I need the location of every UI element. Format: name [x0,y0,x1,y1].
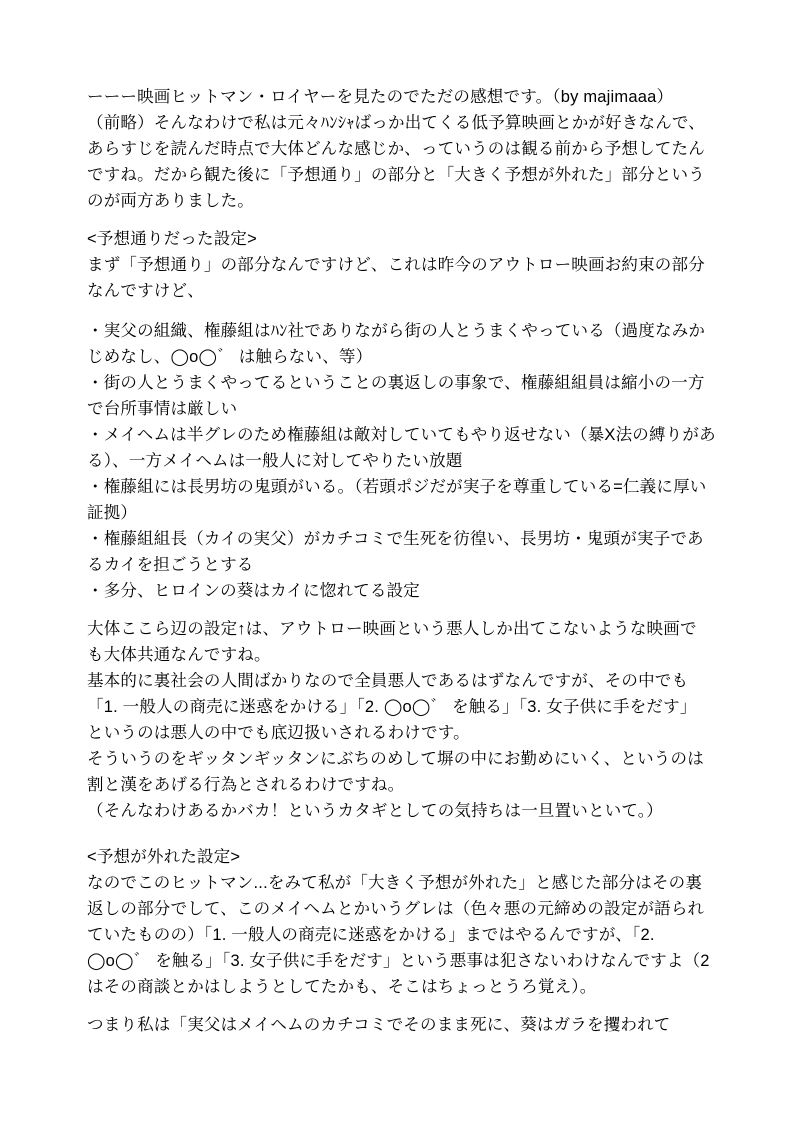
section-expected-header: <予想通りだった設定> [87,226,747,252]
intro-paragraph: ーーー映画ヒットマン・ロイヤーを見たのでただの感想です。（by majimaaa… [87,84,747,214]
section-surprise-body: なのでこのヒットマン...をみて私が「大きく予想が外れた」と感じた部分はその裏 … [87,870,747,1000]
section-surprise-header: <予想が外れた設定> [87,844,747,870]
section-expected-intro: まず「予想通り」の部分なんですけど、これは昨今のアウトロー映画お約束の部分 なん… [87,252,747,304]
document-body: ーーー映画ヒットマン・ロイヤーを見たのでただの感想です。（by majimaaa… [87,84,747,1038]
expected-settings-bullet-list: ・実父の組織、権藤組はﾊﾝ社でありながら街の人とうまくやっている（過度なみか じ… [87,318,747,604]
conclusion-paragraph: つまり私は「実父はメイヘムのカチコミでそのまま死に、葵はガラを攫われて [87,1012,747,1038]
document-page: { "page": { "background": "#ffffff", "te… [0,0,800,1128]
common-analysis-paragraph: 大体ここら辺の設定↑は、アウトロー映画という悪人しか出てこないような映画で も大… [87,616,747,824]
